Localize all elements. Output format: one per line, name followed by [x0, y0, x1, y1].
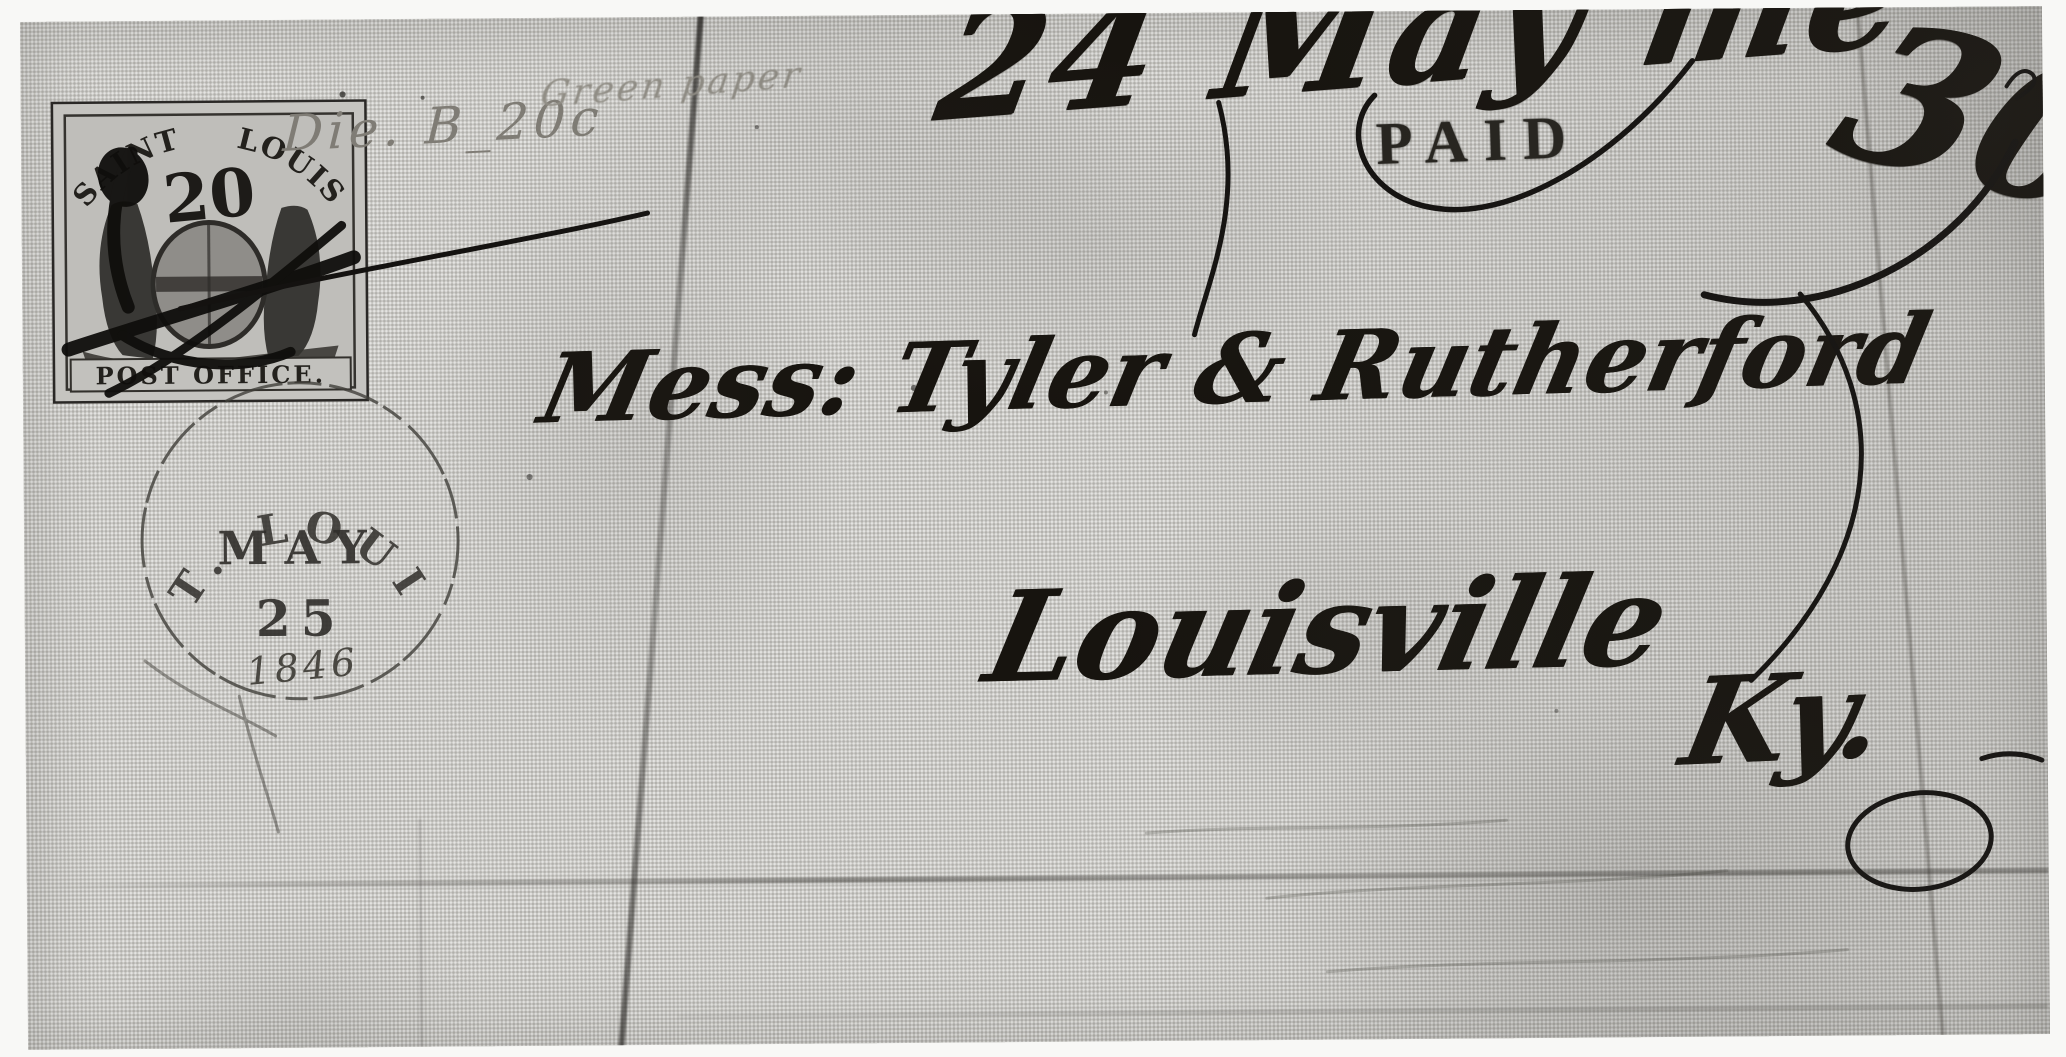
cds-year-text: 1846 [245, 640, 361, 695]
address-line-3: Ky. [1671, 643, 1897, 794]
stamp-denomination-text: 20 [160, 152, 259, 238]
paid-handstamp: PAID [1375, 103, 1583, 179]
album-page: SAINT LOUIS 20 POST OFFICE. [0, 0, 2066, 1057]
left-faint-crease [418, 819, 423, 1047]
st-louis-datestamp-icon: ST. LOUIS MAY 25 1846 [129, 354, 472, 707]
cds-city-arc-text: ST. LOUIS [129, 354, 442, 616]
address-line-2: Louisville [974, 548, 1681, 712]
cds-month-text: MAY [217, 520, 383, 575]
pencil-paper-annotation: Green paper [538, 54, 805, 116]
horizontal-fold-crease [47, 868, 2049, 889]
address-line-1: Mess: Tyler & Rutherford [531, 292, 1940, 446]
svg-text:ST. LOUIS: ST. LOUIS [129, 354, 442, 616]
horizontal-faint-crease [678, 1004, 2048, 1019]
cds-day-text: 25 [256, 588, 346, 648]
cover-photo: SAINT LOUIS 20 POST OFFICE. [20, 6, 2050, 1050]
ink-specks [20, 22, 22, 24]
center-fold-crease [618, 10, 704, 1050]
